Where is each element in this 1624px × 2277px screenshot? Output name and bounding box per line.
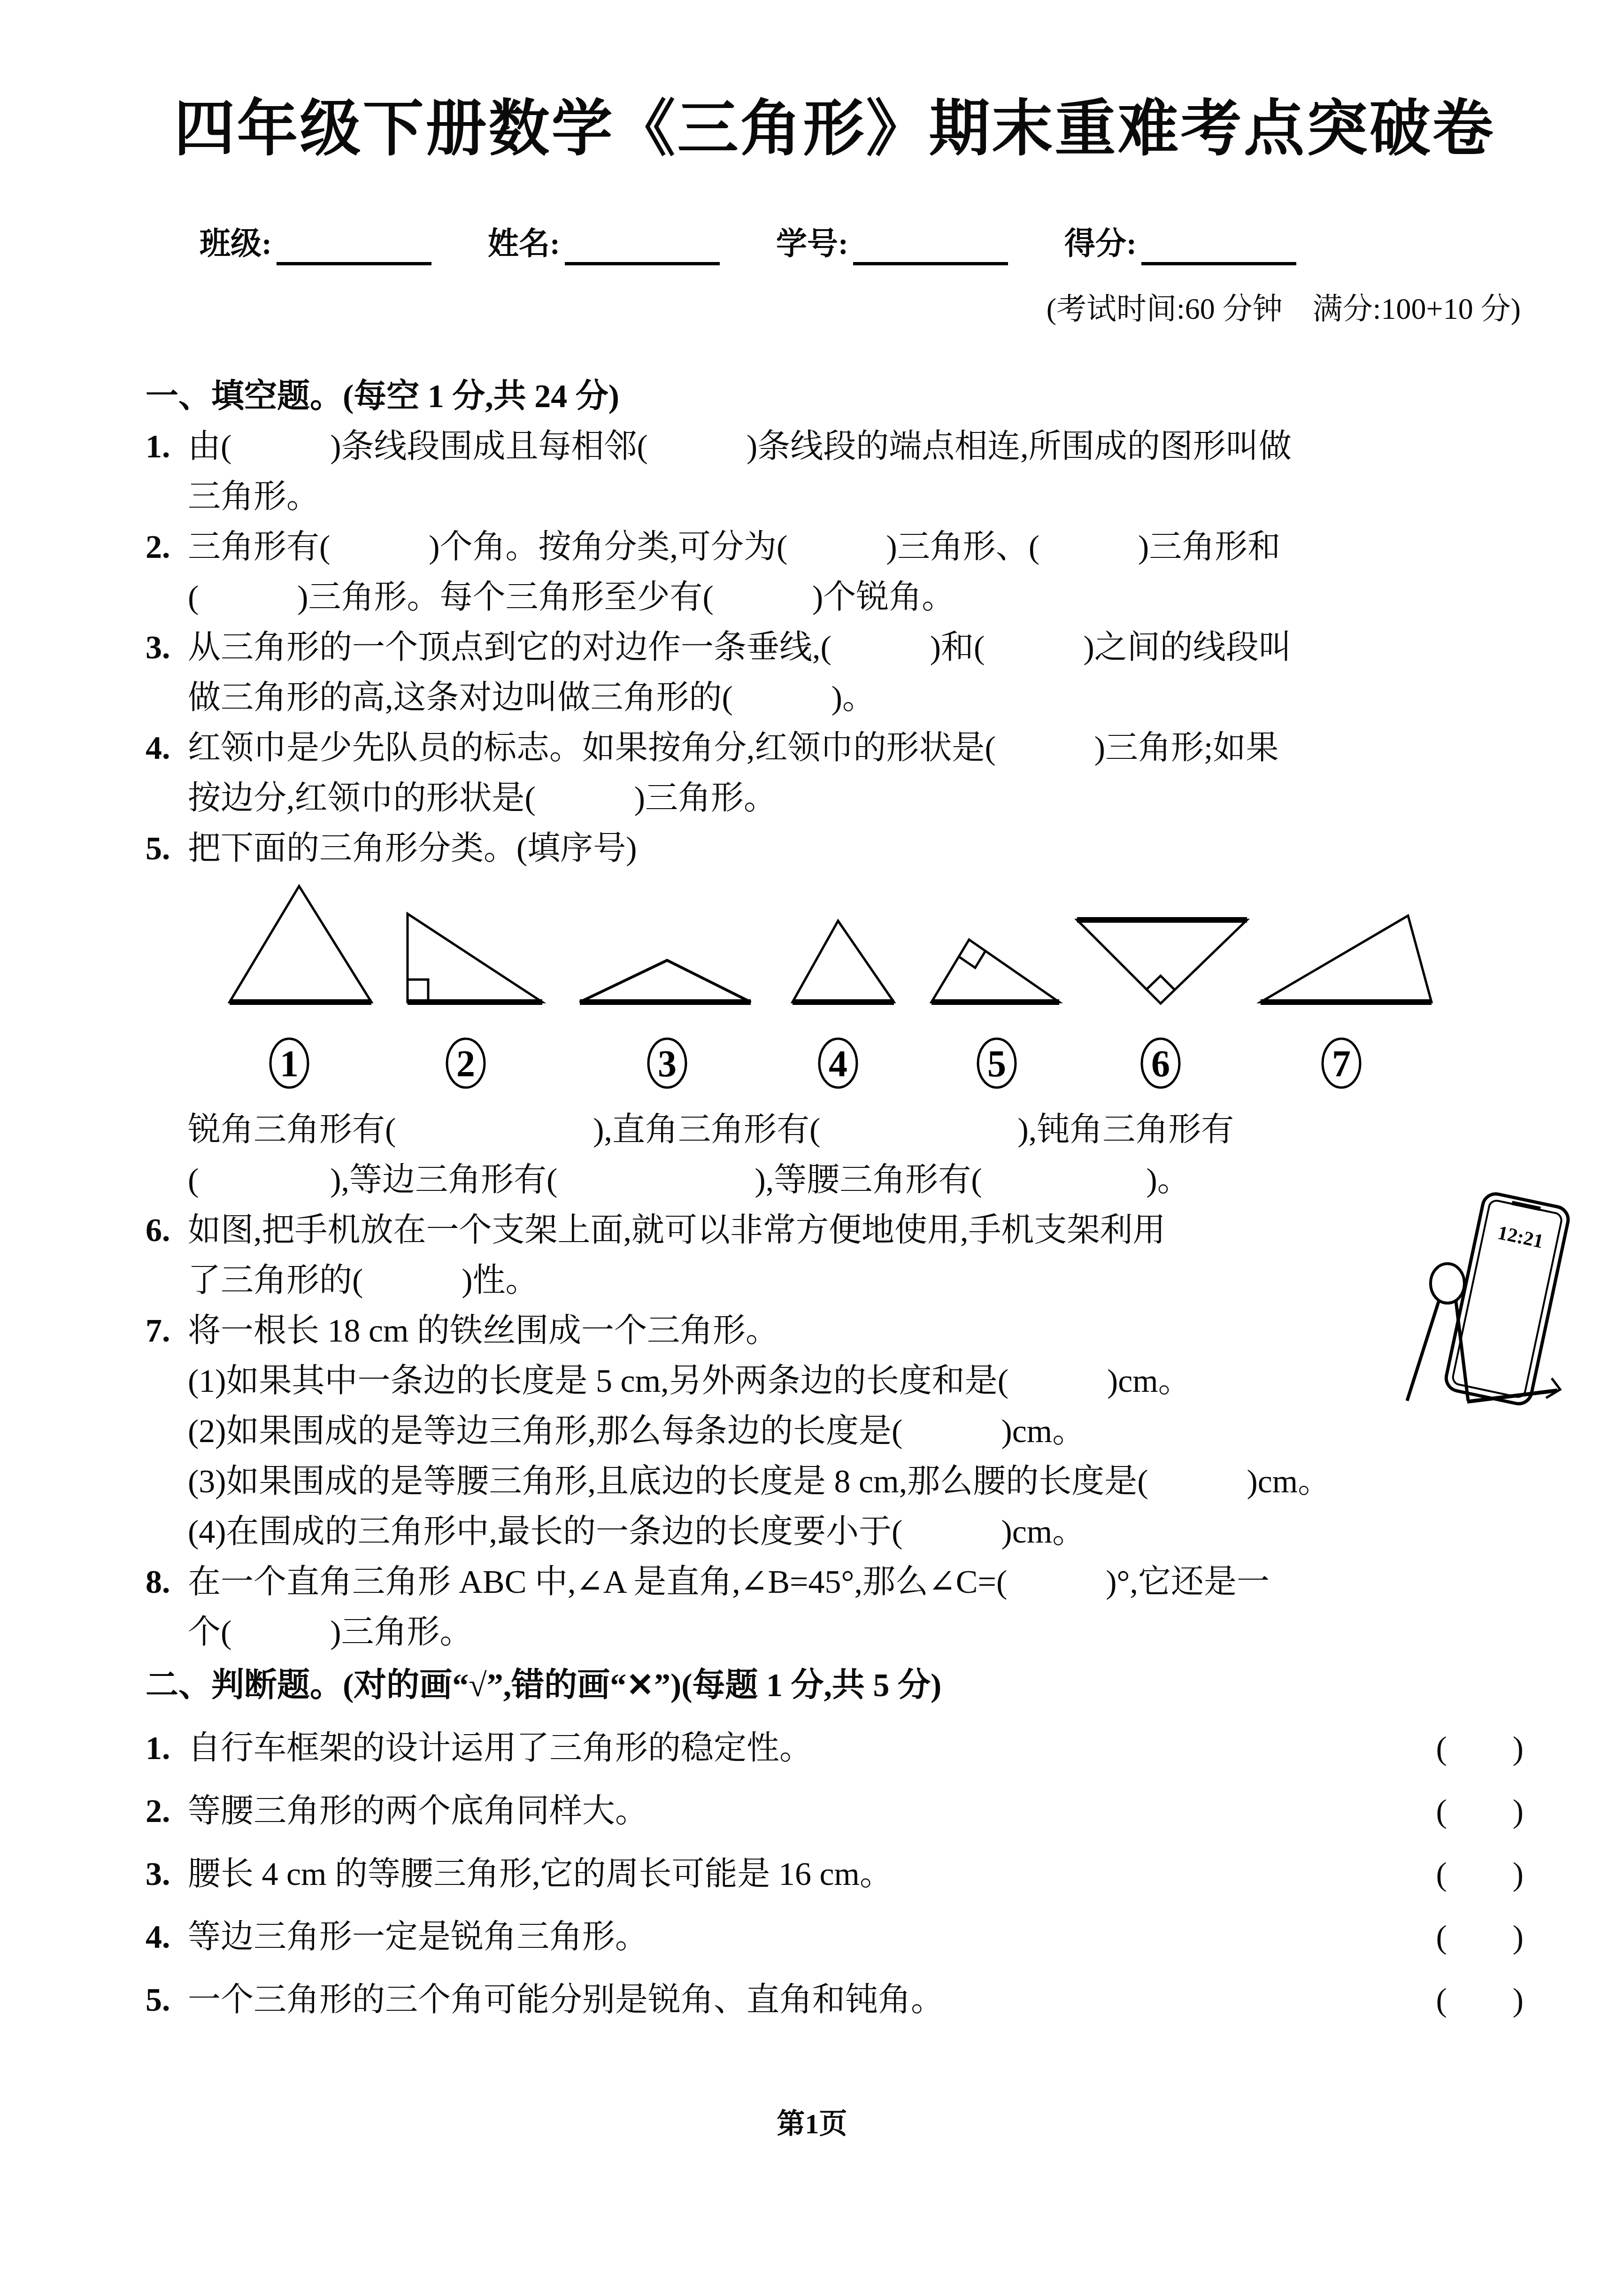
fill-question-3: 3. 从三角形的一个顶点到它的对边作一条垂线,( )和( )之间的线段叫 做三角… <box>146 623 1524 723</box>
judge-statement: 等边三角形一定是锐角三角形。 <box>188 1912 648 1962</box>
figure-label-2: 2 <box>447 1039 485 1088</box>
fill-question-6: 6. 如图,把手机放在一个支架上面,就可以非常方便地使用,手机支架利用 了三角形… <box>146 1205 1524 1306</box>
question-line: 个( )三角形。 <box>188 1607 1524 1658</box>
question-number: 2. <box>146 1786 170 1837</box>
triangle-figure-1 <box>230 886 371 1002</box>
field-blank-line <box>277 225 431 265</box>
question-line: 了三角形的( )性。 <box>188 1256 1524 1306</box>
judge-answer-bracket: ( ) <box>1436 1786 1524 1837</box>
field-label: 学号: <box>776 223 848 265</box>
student-field-score: 得分: <box>1064 223 1296 265</box>
exam-paper-page: 四年级下册数学《三角形》期末重难考点突破卷 班级: 姓名: 学号: 得分: (考… <box>0 0 1624 2277</box>
question-subline: (1)如果其中一条边的长度是 5 cm,另外两条边的长度和是( )cm。 <box>188 1356 1524 1406</box>
right-angle-mark <box>408 980 428 1002</box>
question-line: 做三角形的高,这条对边叫做三角形的( )。 <box>188 673 1524 723</box>
fill-question-2: 2. 三角形有( )个角。按角分类,可分为( )三角形、( )三角形和 ( )三… <box>146 522 1524 623</box>
question-number: 3. <box>146 1849 170 1899</box>
question-line: ( )三角形。每个三角形至少有( )个锐角。 <box>188 572 1524 623</box>
figure-label-3: 3 <box>648 1039 686 1088</box>
exam-info: (考试时间:60 分钟 满分:100+10 分) <box>146 288 1524 330</box>
triangle-figures-canvas: 1 2 3 4 5 6 7 <box>216 882 1460 1098</box>
figure-label-text: 5 <box>987 1043 1006 1085</box>
question-subline: (2)如果围成的是等边三角形,那么每条边的长度是( )cm。 <box>188 1406 1524 1457</box>
student-field-name: 姓名: <box>488 223 720 265</box>
figure-label-text: 1 <box>280 1043 299 1085</box>
judge-answer-bracket: ( ) <box>1436 1849 1524 1899</box>
judge-question-3: 3. 腰长 4 cm 的等腰三角形,它的周长可能是 16 cm。 ( ) <box>146 1849 1524 1899</box>
triangle-figure-2 <box>408 914 542 1002</box>
triangle-figure-5 <box>931 940 1059 1002</box>
field-label: 班级: <box>200 223 272 265</box>
question-number: 8. <box>146 1557 170 1607</box>
judge-statement: 腰长 4 cm 的等腰三角形,它的周长可能是 16 cm。 <box>188 1849 893 1899</box>
judge-question-2: 2. 等腰三角形的两个底角同样大。 ( ) <box>146 1786 1524 1837</box>
fill-question-1: 1. 由( )条线段围成且每相邻( )条线段的端点相连,所围成的图形叫做 三角形… <box>146 422 1524 522</box>
figure-label-5: 5 <box>978 1039 1016 1088</box>
field-blank-line <box>853 225 1008 265</box>
question-line: 由( )条线段围成且每相邻( )条线段的端点相连,所围成的图形叫做 <box>188 422 1524 472</box>
question-subline: (3)如果围成的是等腰三角形,且底边的长度是 8 cm,那么腰的长度是( )cm… <box>188 1457 1524 1507</box>
question-number: 2. <box>146 522 170 572</box>
figure-label-7: 7 <box>1323 1039 1360 1088</box>
triangle-figure-4 <box>793 921 894 1002</box>
phone-screen-time: 12:21 <box>1496 1222 1545 1252</box>
right-angle-mark <box>1147 976 1175 990</box>
figure-label-text: 3 <box>658 1043 677 1085</box>
question-line: 从三角形的一个顶点到它的对边作一条垂线,( )和( )之间的线段叫 <box>188 623 1524 673</box>
figure-label-1: 1 <box>270 1039 308 1088</box>
figure-label-text: 2 <box>456 1043 475 1085</box>
field-label: 得分: <box>1064 223 1137 265</box>
question-number: 7. <box>146 1306 170 1356</box>
judge-statement: 自行车框架的设计运用了三角形的稳定性。 <box>188 1723 812 1774</box>
question-number: 5. <box>146 1975 170 2025</box>
question-number: 1. <box>146 422 170 472</box>
triangle-figure-3 <box>580 960 751 1002</box>
question-line: 锐角三角形有( ),直角三角形有( ),钝角三角形有 <box>188 1105 1524 1155</box>
field-blank-line <box>1141 225 1296 265</box>
student-info-row: 班级: 姓名: 学号: 得分: <box>146 223 1524 265</box>
judge-answer-bracket: ( ) <box>1436 1912 1524 1962</box>
question-line: 三角形有( )个角。按角分类,可分为( )三角形、( )三角形和 <box>188 522 1524 572</box>
student-field-class: 班级: <box>200 223 431 265</box>
fill-question-7: 7. 将一根长 18 cm 的铁丝围成一个三角形。 (1)如果其中一条边的长度是… <box>146 1306 1524 1557</box>
triangle-figure-7 <box>1261 916 1432 1002</box>
question-line: ( ),等边三角形有( ),等腰三角形有( )。 <box>188 1155 1524 1205</box>
field-blank-line <box>565 225 720 265</box>
fill-question-5: 5. 把下面的三角形分类。(填序号) <box>146 824 1524 874</box>
triangle-figure-6 <box>1077 920 1247 1003</box>
question-line: 在一个直角三角形 ABC 中,∠A 是直角,∠B=45°,那么∠C=( )°,它… <box>188 1557 1524 1607</box>
judge-answer-bracket: ( ) <box>1436 1975 1524 2025</box>
question-line: 如图,把手机放在一个支架上面,就可以非常方便地使用,手机支架利用 <box>188 1205 1524 1256</box>
page-footer: 第1页 <box>0 2099 1624 2149</box>
question-number: 5. <box>146 824 170 874</box>
question-number: 4. <box>146 723 170 773</box>
student-field-number: 学号: <box>776 223 1008 265</box>
figure-label-6: 6 <box>1142 1039 1179 1088</box>
question-line: 按边分,红领巾的形状是( )三角形。 <box>188 773 1524 824</box>
question-number: 6. <box>146 1205 170 1256</box>
right-angle-mark <box>959 951 985 968</box>
judge-answer-bracket: ( ) <box>1436 1723 1524 1774</box>
figure-label-4: 4 <box>819 1039 857 1088</box>
question-number: 1. <box>146 1723 170 1774</box>
judge-question-1: 1. 自行车框架的设计运用了三角形的稳定性。 ( ) <box>146 1723 1524 1774</box>
question-line: 将一根长 18 cm 的铁丝围成一个三角形。 <box>188 1306 1524 1356</box>
question-line: 把下面的三角形分类。(填序号) <box>188 824 1524 874</box>
section-1-heading: 一、填空题。(每空 1 分,共 24 分) <box>146 371 1524 422</box>
fill-question-8: 8. 在一个直角三角形 ABC 中,∠A 是直角,∠B=45°,那么∠C=( )… <box>146 1557 1524 1658</box>
question-subline: (4)在围成的三角形中,最长的一条边的长度要小于( )cm。 <box>188 1507 1524 1557</box>
question-line: 三角形。 <box>188 472 1524 522</box>
figure-label-text: 7 <box>1332 1043 1351 1085</box>
field-label: 姓名: <box>488 223 560 265</box>
question-number: 4. <box>146 1912 170 1962</box>
question-number: 3. <box>146 623 170 673</box>
question-line: 红领巾是少先队员的标志。如果按角分,红领巾的形状是( )三角形;如果 <box>188 723 1524 773</box>
judge-statement: 一个三角形的三个角可能分别是锐角、直角和钝角。 <box>188 1975 944 2025</box>
fill-question-5-answers: 锐角三角形有( ),直角三角形有( ),钝角三角形有 ( ),等边三角形有( )… <box>146 1105 1524 1205</box>
page-title: 四年级下册数学《三角形》期末重难考点突破卷 <box>146 80 1524 178</box>
judge-question-5: 5. 一个三角形的三个角可能分别是锐角、直角和钝角。 ( ) <box>146 1975 1524 2025</box>
judge-question-4: 4. 等边三角形一定是锐角三角形。 ( ) <box>146 1912 1524 1962</box>
figure-label-text: 4 <box>829 1043 847 1085</box>
section-2-heading: 二、判断题。(对的画“√”,错的画“✕”)(每题 1 分,共 5 分) <box>146 1660 1524 1711</box>
triangle-figures: 1 2 3 4 5 6 7 <box>216 882 1460 1098</box>
fill-question-4: 4. 红领巾是少先队员的标志。如果按角分,红领巾的形状是( )三角形;如果 按边… <box>146 723 1524 824</box>
judge-statement: 等腰三角形的两个底角同样大。 <box>188 1786 648 1837</box>
figure-label-text: 6 <box>1151 1043 1170 1085</box>
